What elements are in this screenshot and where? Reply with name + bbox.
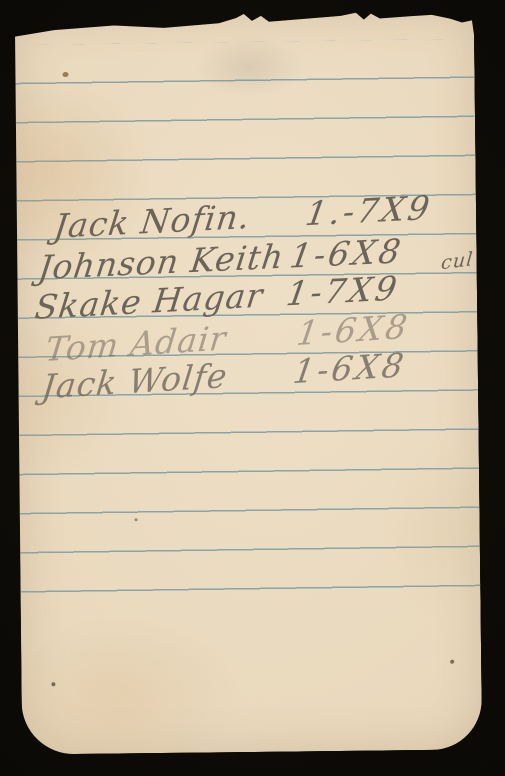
photo-background: Jack Nofin. 1.-7X9 Johnson Keith 1-6X8 S… xyxy=(0,0,505,776)
entry-name: Skake Hagar xyxy=(33,275,266,326)
paper-speck xyxy=(135,518,138,521)
paper-stain xyxy=(379,439,501,620)
handwritten-entry: Johnson Keith 1-6X8 xyxy=(38,228,485,295)
handwritten-entry: Jack Nofin. 1.-7X9 xyxy=(53,185,500,253)
paper-speck xyxy=(450,660,454,664)
entry-name: Jack Nofin. xyxy=(52,197,253,246)
paper-smudge xyxy=(194,36,305,97)
paper-stain xyxy=(21,612,243,764)
paper-stain xyxy=(0,73,157,275)
handwritten-entry: Skake Hagar 1-7X9 cul xyxy=(34,264,481,334)
paper-speck xyxy=(62,72,68,77)
entry-size: 1-6X8 xyxy=(294,307,412,354)
paper-stain xyxy=(0,303,129,484)
entry-name: Jack Wolfe xyxy=(40,356,230,407)
entry-size: 1.-7X9 xyxy=(303,188,435,234)
entry-name: Johnson Keith xyxy=(36,237,286,288)
ruled-lines xyxy=(13,39,481,625)
note-paper: Jack Nofin. 1.-7X9 Johnson Keith 1-6X8 S… xyxy=(14,9,482,754)
handwritten-entry: Jack Wolfe 1-6X8 xyxy=(41,340,488,413)
entry-annotation: cul xyxy=(440,248,474,274)
entry-size: 1-6X8 xyxy=(291,345,409,391)
entry-size: 1-7X9 xyxy=(284,268,403,313)
paper-speck xyxy=(51,682,55,686)
entry-size: 1-6X8 xyxy=(287,231,406,276)
handwritten-entry: Tom Adair 1-6X8 xyxy=(44,302,491,376)
entry-name: Tom Adair xyxy=(44,318,229,369)
